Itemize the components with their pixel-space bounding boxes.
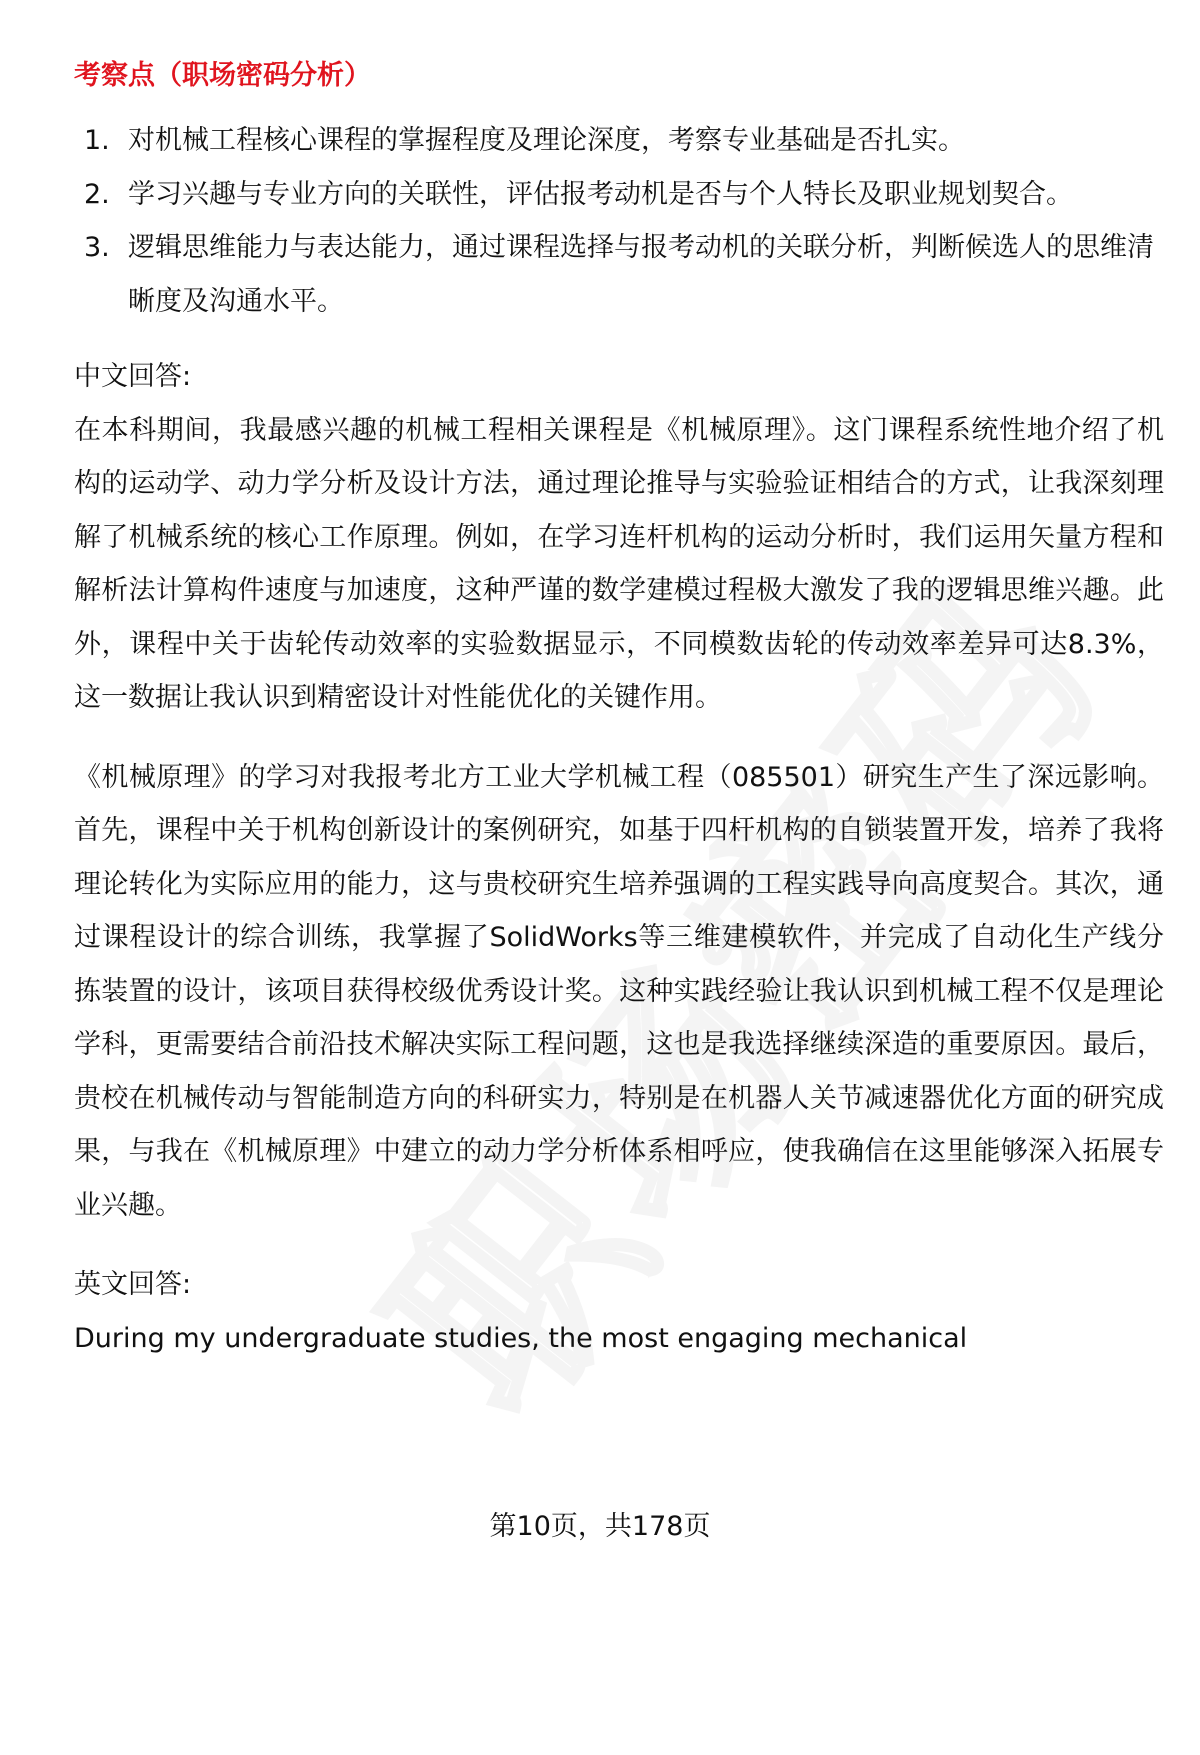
list-item: 3. 逻辑思维能力与表达能力，通过课程选择与报考动机的关联分析，判断候选人的思维… <box>74 221 1164 328</box>
list-item: 2. 学习兴趣与专业方向的关联性，评估报考动机是否与个人特长及职业规划契合。 <box>74 168 1164 222</box>
english-answer-label: 英文回答: <box>74 1258 1164 1312</box>
list-item-number: 2. <box>84 168 110 222</box>
list-item-number: 3. <box>84 221 110 275</box>
chinese-answer-paragraph: 在本科期间，我最感兴趣的机械工程相关课程是《机械原理》。这门课程系统性地介绍了机… <box>74 404 1164 725</box>
page-number: 第10页，共178页 <box>0 1502 1200 1552</box>
chinese-answer-paragraph: 《机械原理》的学习对我报考北方工业大学机械工程（085501）研究生产生了深远影… <box>74 751 1164 1233</box>
section-heading: 考察点（职场密码分析） <box>74 56 1164 96</box>
page-content: 考察点（职场密码分析） 1. 对机械工程核心课程的掌握程度及理论深度，考察专业基… <box>74 56 1164 1365</box>
chinese-answer-label: 中文回答: <box>74 350 1164 404</box>
assessment-points-list: 1. 对机械工程核心课程的掌握程度及理论深度，考察专业基础是否扎实。 2. 学习… <box>74 114 1164 328</box>
document-page: 职场密码 考察点（职场密码分析） 1. 对机械工程核心课程的掌握程度及理论深度，… <box>0 0 1200 1755</box>
list-item-text: 逻辑思维能力与表达能力，通过课程选择与报考动机的关联分析，判断候选人的思维清晰度… <box>128 232 1154 317</box>
list-item-text: 对机械工程核心课程的掌握程度及理论深度，考察专业基础是否扎实。 <box>128 125 965 156</box>
english-answer-paragraph: During my undergraduate studies, the mos… <box>74 1312 1164 1366</box>
list-item-number: 1. <box>84 114 110 168</box>
list-item: 1. 对机械工程核心课程的掌握程度及理论深度，考察专业基础是否扎实。 <box>74 114 1164 168</box>
list-item-text: 学习兴趣与专业方向的关联性，评估报考动机是否与个人特长及职业规划契合。 <box>128 179 1073 210</box>
